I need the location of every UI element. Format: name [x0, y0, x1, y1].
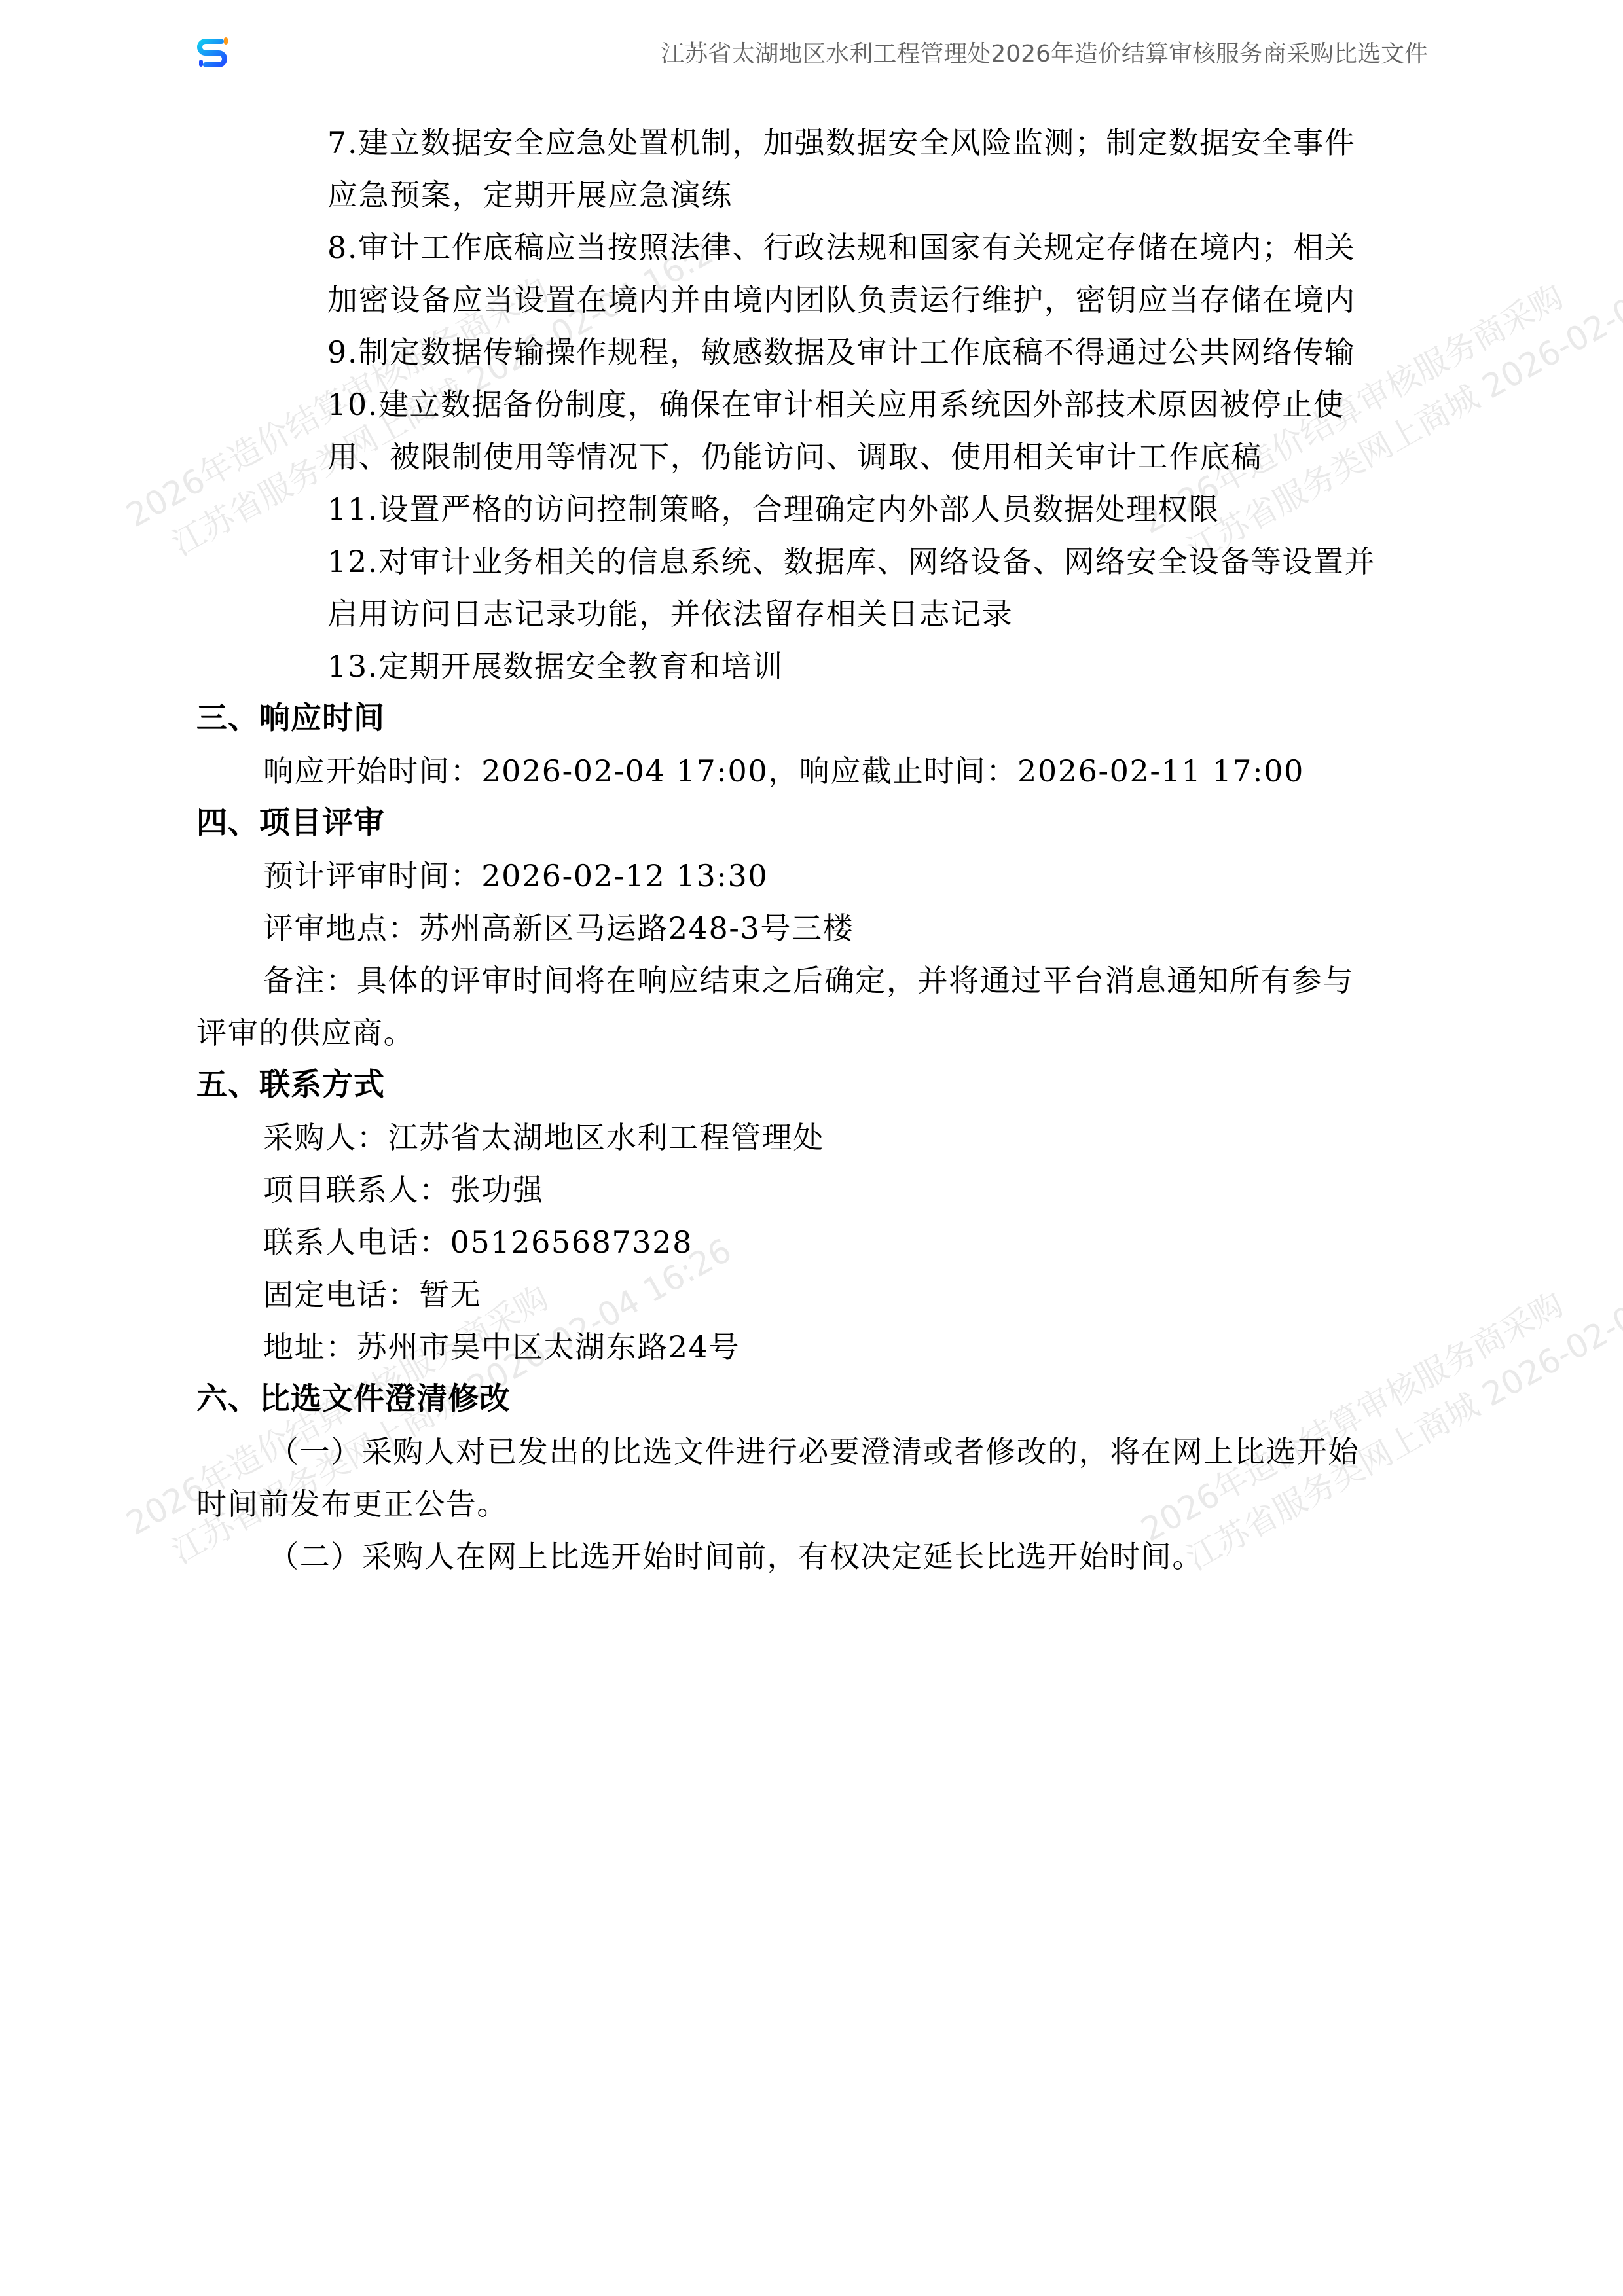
document-header-title: 江苏省太湖地区水利工程管理处2026年造价结算审核服务商采购比选文件	[661, 38, 1428, 71]
contact-phone: 联系人电话：051265687328	[196, 1216, 1427, 1268]
document-page: 江苏省太湖地区水利工程管理处2026年造价结算审核服务商采购比选文件 2026年…	[0, 0, 1623, 2296]
review-location: 评审地点：苏州高新区马运路248-3号三楼	[196, 902, 1427, 954]
address: 地址：苏州市吴中区太湖东路24号	[196, 1321, 1427, 1373]
list-item-9: 9.制定数据传输操作规程，敏感数据及审计工作底稿不得通过公共网络传输	[196, 326, 1427, 378]
purchaser: 采购人：江苏省太湖地区水利工程管理处	[196, 1111, 1427, 1164]
review-note-cont: 评审的供应商。	[196, 1007, 1427, 1059]
list-item-12: 12.对审计业务相关的信息系统、数据库、网络设备、网络安全设备等设置并	[196, 535, 1427, 588]
list-item-7-cont: 应急预案，定期开展应急演练	[196, 169, 1427, 221]
clarification-clause-1-cont: 时间前发布更正公告。	[196, 1478, 1427, 1530]
section-heading-contact: 五、联系方式	[196, 1059, 1427, 1111]
fixed-phone: 固定电话：暂无	[196, 1268, 1427, 1321]
list-item-8: 8.审计工作底稿应当按照法律、行政法规和国家有关规定存储在境内；相关	[196, 221, 1427, 274]
response-period: 响应开始时间：2026-02-04 17:00，响应截止时间：2026-02-1…	[196, 745, 1427, 797]
clarification-clause-2: （二）采购人在网上比选开始时间前，有权决定延长比选开始时间。	[196, 1530, 1427, 1583]
clarification-clause-1: （一）采购人对已发出的比选文件进行必要澄清或者修改的，将在网上比选开始	[196, 1426, 1427, 1478]
list-item-8-cont: 加密设备应当设置在境内并由境内团队负责运行维护，密钥应当存储在境内	[196, 274, 1427, 326]
list-item-10: 10.建立数据备份制度，确保在审计相关应用系统因外部技术原因被停止使	[196, 378, 1427, 431]
list-item-11: 11.设置严格的访问控制策略，合理确定内外部人员数据处理权限	[196, 483, 1427, 535]
list-item-7: 7.建立数据安全应急处置机制，加强数据安全风险监测；制定数据安全事件	[196, 117, 1427, 169]
review-note: 备注：具体的评审时间将在响应结束之后确定，并将通过平台消息通知所有参与	[196, 954, 1427, 1007]
review-time: 预计评审时间：2026-02-12 13:30	[196, 850, 1427, 902]
list-item-12-cont: 启用访问日志记录功能，并依法留存相关日志记录	[196, 588, 1427, 640]
section-heading-project-review: 四、项目评审	[196, 797, 1427, 850]
contact-person: 项目联系人：张功强	[196, 1164, 1427, 1216]
document-body: 7.建立数据安全应急处置机制，加强数据安全风险监测；制定数据安全事件 应急预案，…	[196, 117, 1427, 1583]
list-item-13: 13.定期开展数据安全教育和培训	[196, 640, 1427, 692]
list-item-10-cont: 用、被限制使用等情况下，仍能访问、调取、使用相关审计工作底稿	[196, 431, 1427, 483]
s-brand-logo-icon	[195, 36, 232, 70]
section-heading-clarification: 六、比选文件澄清修改	[196, 1373, 1427, 1426]
section-heading-response-time: 三、响应时间	[196, 692, 1427, 745]
